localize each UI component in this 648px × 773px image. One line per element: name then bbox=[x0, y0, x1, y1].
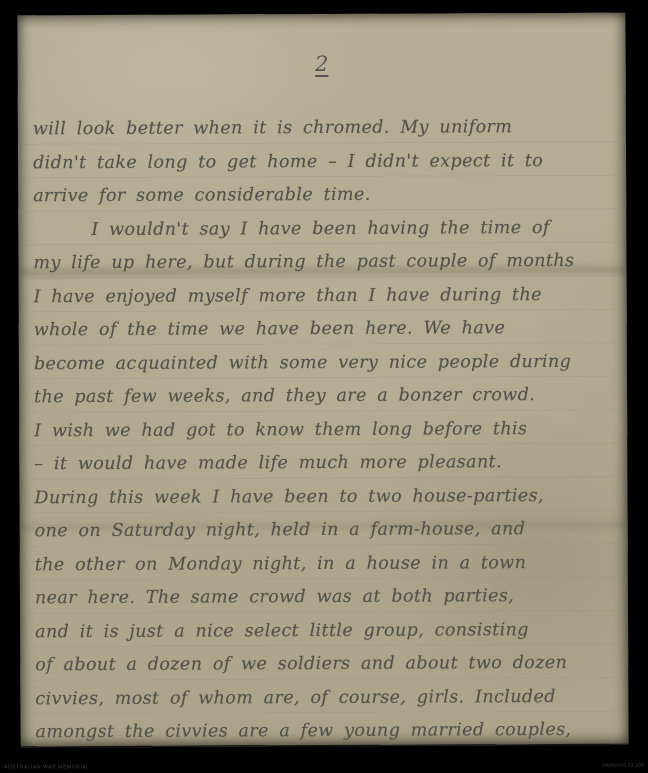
letter-line: I wish we had got to know them long befo… bbox=[34, 412, 614, 448]
letter-line: the other on Monday night, in a house in… bbox=[35, 546, 615, 582]
page-number: 2 bbox=[18, 51, 626, 78]
letter-line: – it would have made life much more plea… bbox=[34, 446, 614, 482]
letter-line: I have enjoyed myself more than I have d… bbox=[34, 278, 614, 314]
letter-line: one on Saturday night, held in a farm-ho… bbox=[35, 513, 615, 549]
letter-line: the past few weeks, and they are a bonze… bbox=[34, 379, 614, 415]
letter-line: arrive for some considerable time. bbox=[33, 178, 613, 214]
letter-page: 2 will look better when it is chromed. M… bbox=[17, 13, 628, 747]
letter-line: amongst the civvies are a few young marr… bbox=[35, 714, 615, 750]
letter-line: near here. The same crowd was at both pa… bbox=[35, 580, 615, 616]
letter-line: of about a dozen of we soldiers and abou… bbox=[35, 647, 615, 683]
letter-line: didn't take long to get home – I didn't … bbox=[33, 144, 613, 180]
letter-line: whole of the time we have been here. We … bbox=[34, 312, 614, 348]
letter-line: my life up here, but during the past cou… bbox=[33, 245, 613, 281]
letter-line: become acquainted with some very nice pe… bbox=[34, 345, 614, 381]
scan-background: 2 will look better when it is chromed. M… bbox=[0, 0, 648, 773]
letter-line: civvies, most of whom are, of course, gi… bbox=[35, 680, 615, 716]
catalog-number: AWM2016.22.105 bbox=[601, 763, 644, 768]
letter-line: will look better when it is chromed. My … bbox=[33, 111, 613, 147]
letter-line: During this week I have been to two hous… bbox=[34, 479, 614, 515]
letter-body: will look better when it is chromed. My … bbox=[33, 111, 616, 750]
letter-line: and it is just a nice select little grou… bbox=[35, 613, 615, 649]
letter-line: I wouldn't say I have been having the ti… bbox=[33, 211, 613, 247]
archive-watermark: AUSTRALIAN WAR MEMORIAL bbox=[4, 765, 90, 770]
